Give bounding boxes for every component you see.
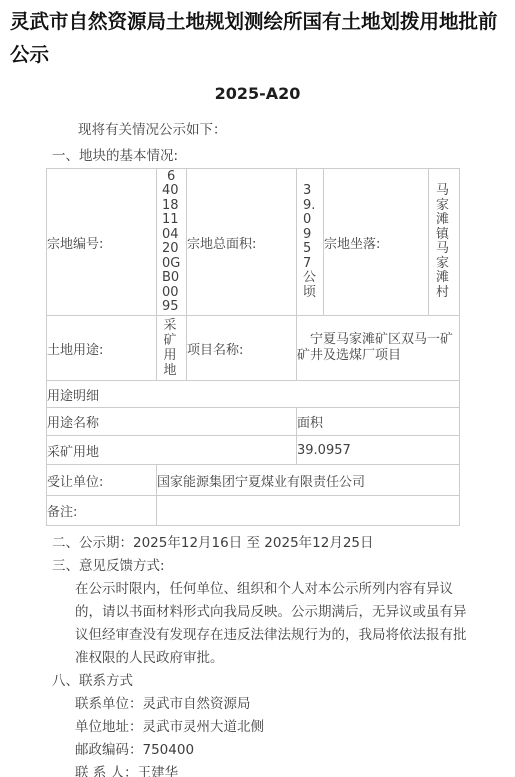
doc-number: 2025-A20 (0, 85, 515, 102)
contact-label: 单位地址： (75, 719, 143, 735)
total-area-value: 39.0957公顷 (303, 184, 317, 300)
feedback-paragraph-line: 的，请以书面材料形式向我局反映。公示期满后，无异议或虽有异 (0, 601, 515, 624)
section-2-heading: 二、公示期：2025年12月16日 至 2025年12月25日 (0, 532, 515, 555)
section-3-title: 意见反馈方式: (79, 558, 165, 574)
use-name-header: 用途名称 (47, 408, 297, 436)
table-row-transferee: 受让单位: 国家能源集团宁夏煤业有限责任公司 (47, 465, 460, 496)
contact-line: 联 系 人：王建华 (0, 762, 515, 777)
notice-body: 二、公示期：2025年12月16日 至 2025年12月25日 三、意见反馈方式… (0, 532, 515, 777)
contact-value: 灵武市自然资源局 (143, 696, 251, 712)
project-name-label: 项目名称: (187, 316, 297, 381)
section-1-num: 一、 (52, 148, 79, 164)
intro-text: 现将有关情况公示如下： (0, 122, 515, 139)
location-label: 宗地坐落: (324, 169, 429, 316)
table-row-detail-header: 用途明细 (47, 381, 460, 408)
feedback-paragraph-line: 准权限的人民政府审批。 (0, 647, 515, 670)
contact-label: 邮政编码： (75, 742, 143, 758)
total-area-label: 宗地总面积: (187, 169, 297, 316)
parcel-number-value: 640181104200GB00095 (162, 170, 181, 315)
land-use-value: 采矿用地 (164, 318, 180, 378)
section-1-title: 地块的基本情况: (79, 148, 178, 164)
use-name-value: 采矿用地 (47, 436, 297, 465)
table-row-remark: 备注: (47, 496, 460, 526)
table-row-landuse: 土地用途: 采矿用地 项目名称: 宁夏马家滩矿区双马一矿矿井及选煤厂项目 (47, 316, 460, 381)
contact-value: 750400 (143, 742, 195, 758)
table-row-use-values: 采矿用地 39.0957 (47, 436, 460, 465)
section-8-heading: 八、联系方式 (0, 670, 515, 693)
remark-label: 备注: (47, 496, 157, 526)
parcel-number-label: 宗地编号: (47, 169, 157, 316)
table-row-parcel: 宗地编号: 640181104200GB00095 宗地总面积: 39.0957… (47, 169, 460, 316)
project-name-value: 宁夏马家滩矿区双马一矿矿井及选煤厂项目 (297, 316, 460, 381)
section-3-num: 三、 (52, 558, 79, 574)
section-2-title: 公示期：2025年12月16日 至 2025年12月25日 (79, 535, 374, 551)
section-8-num: 八、 (52, 673, 79, 689)
land-use-cell: 采矿用地 (157, 316, 187, 381)
basic-info-table: 宗地编号: 640181104200GB00095 宗地总面积: 39.0957… (46, 168, 460, 526)
contact-value: 王建华 (138, 765, 179, 777)
section-3-heading: 三、意见反馈方式: (0, 555, 515, 578)
contact-label: 联 系 人： (75, 765, 138, 777)
section-1-heading: 一、地块的基本情况: (0, 148, 515, 165)
notice-document: 灵武市自然资源局土地规划测绘所国有土地划拨用地批前公示 2025-A20 现将有… (0, 0, 515, 777)
total-area-cell: 39.0957公顷 (297, 169, 324, 316)
location-cell: 马家滩镇马家滩村 (429, 169, 460, 316)
remark-value (157, 496, 460, 526)
transferee-value: 国家能源集团宁夏煤业有限责任公司 (157, 465, 460, 496)
transferee-label: 受让单位: (47, 465, 157, 496)
contact-line: 联系单位：灵武市自然资源局 (0, 693, 515, 716)
contact-line: 邮政编码：750400 (0, 739, 515, 762)
contact-line: 单位地址：灵武市灵州大道北侧 (0, 716, 515, 739)
contact-label: 联系单位： (75, 696, 143, 712)
section-2-num: 二、 (52, 535, 79, 551)
contact-value: 灵武市灵州大道北侧 (143, 719, 265, 735)
table-row-use-headers: 用途名称 面积 (47, 408, 460, 436)
feedback-paragraph-line: 在公示时限内，任何单位、组织和个人对本公示所列内容有异议 (0, 578, 515, 601)
feedback-paragraph-line: 议但经审查没有发现存在违反法律法规行为的，我局将依法报有批 (0, 624, 515, 647)
area-header: 面积 (297, 408, 460, 436)
parcel-number-cell: 640181104200GB00095 (157, 169, 187, 316)
use-area-value: 39.0957 (297, 436, 460, 465)
section-8-title: 联系方式 (79, 673, 133, 689)
location-value: 马家滩镇马家滩村 (436, 184, 452, 300)
page-title: 灵武市自然资源局土地规划测绘所国有土地划拨用地批前公示 (10, 5, 508, 71)
land-use-label: 土地用途: (47, 316, 157, 381)
use-detail-header: 用途明细 (47, 381, 460, 408)
